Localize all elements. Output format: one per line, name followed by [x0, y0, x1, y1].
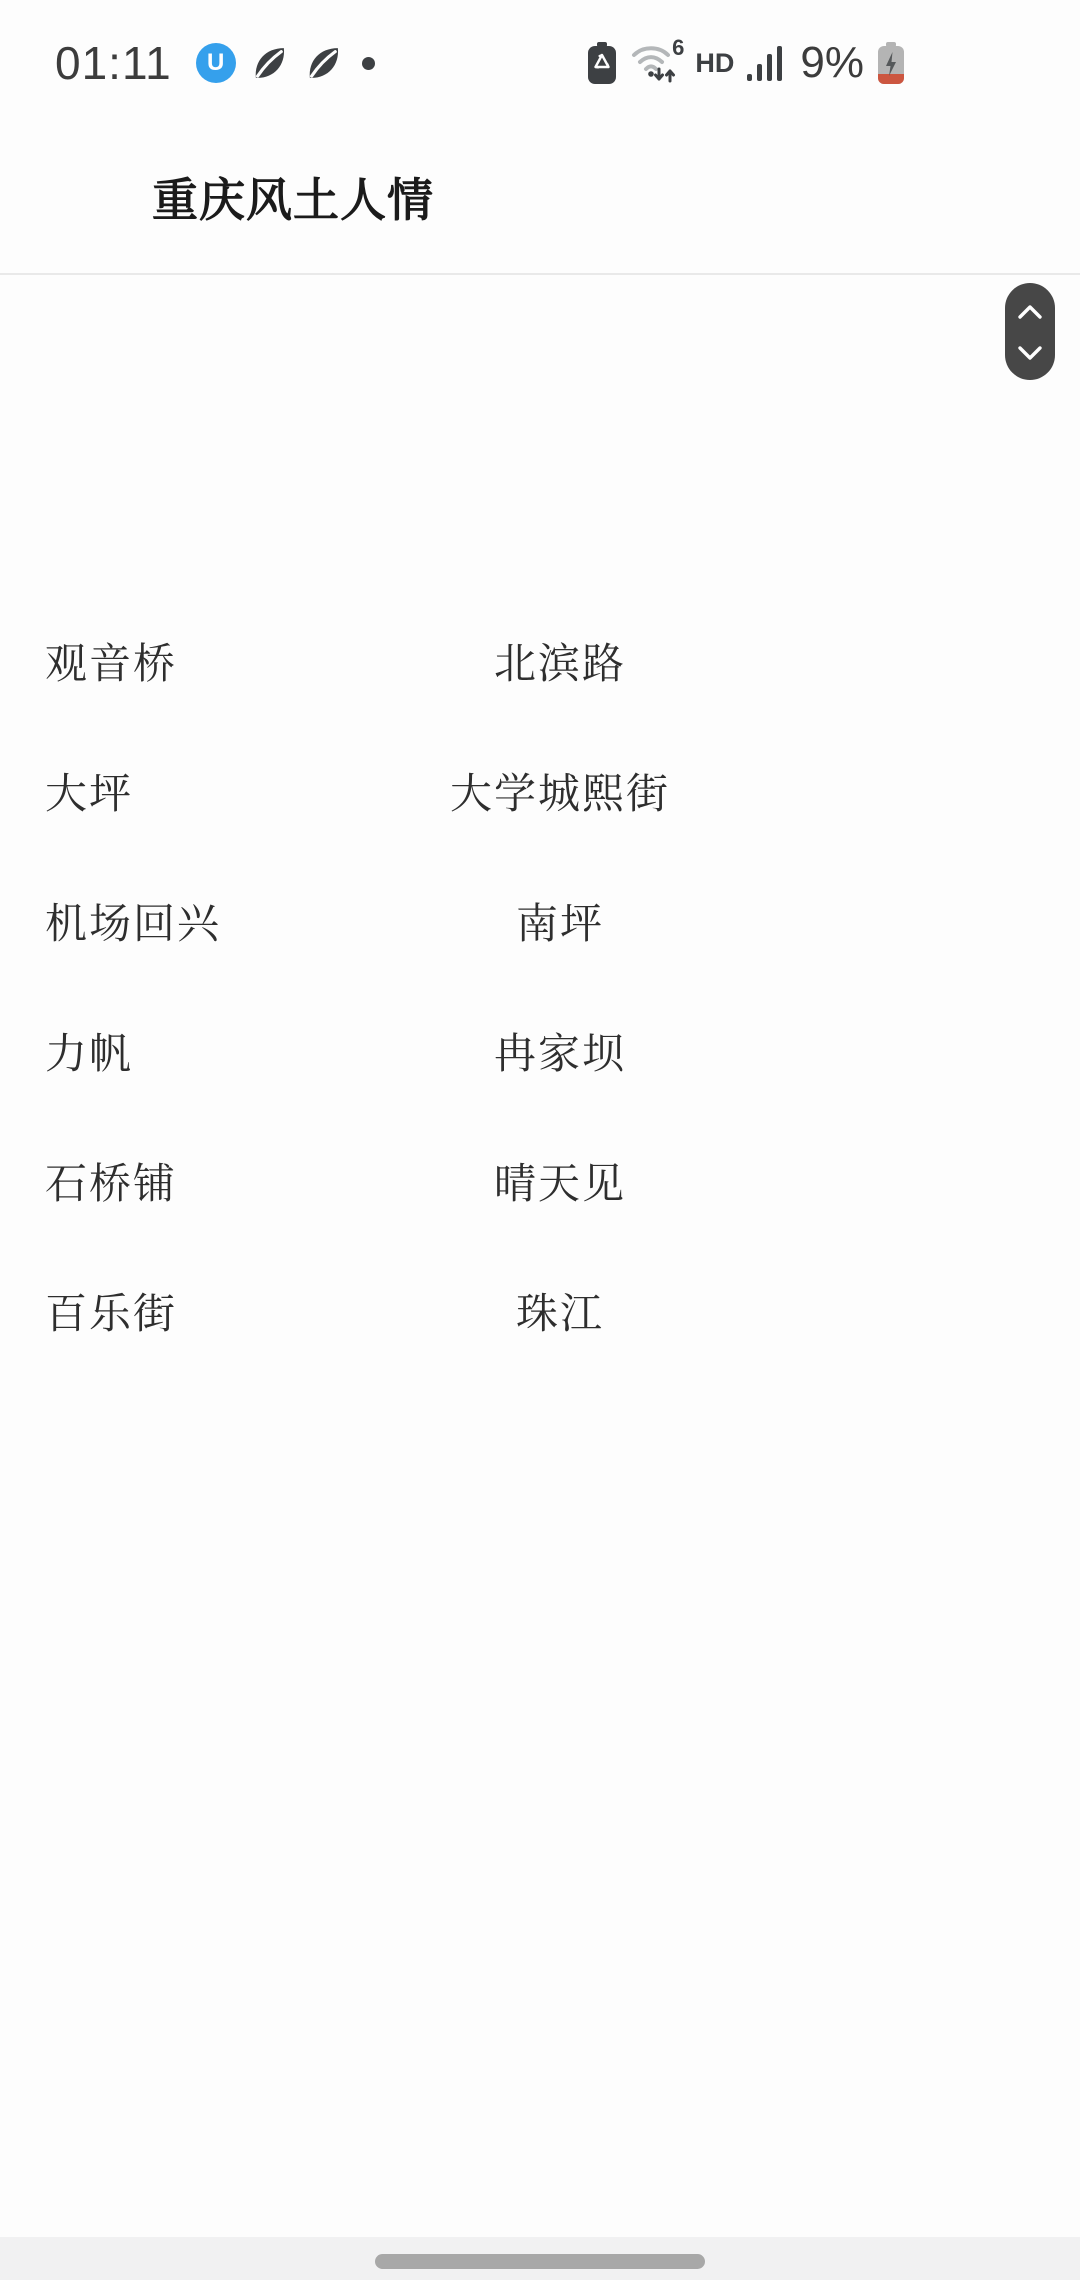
status-bar: 01:11 U [0, 0, 1080, 112]
page-title: 重庆风土人情 [152, 163, 434, 229]
note-line: 观音桥 北滨路 [0, 596, 1080, 726]
wifi6-icon: 6 [630, 41, 682, 85]
scroll-down-button[interactable] [1012, 341, 1048, 365]
place-name: 石桥铺 [45, 1151, 177, 1211]
signal-strength-icon [747, 42, 787, 84]
wifi-generation-label: 6 [672, 35, 684, 61]
place-name: 北滨路 [330, 631, 790, 691]
leaf-notification-icon [302, 42, 344, 84]
scroll-up-button[interactable] [1012, 300, 1048, 324]
note-line: 大坪 大学城熙街 [0, 726, 1080, 856]
note-line: 百乐街 珠江 [0, 1246, 1080, 1376]
bottom-navigation-bar [0, 2237, 1080, 2280]
clock: 01:11 [55, 36, 172, 90]
u-app-notification-icon: U [196, 43, 236, 83]
place-name: 晴天见 [330, 1151, 790, 1211]
status-indicators: 6 HD 9% [587, 0, 905, 112]
note-line: 机场回兴 南坪 [0, 856, 1080, 986]
note-text: 观音桥 北滨路 大坪 大学城熙街 机场回兴 南坪 力帆 冉家坝 石桥铺 晴天见 … [0, 596, 1080, 1376]
more-notifications-dot-icon [362, 57, 375, 70]
place-name: 冉家坝 [330, 1021, 790, 1081]
note-view-area[interactable]: 观音桥 北滨路 大坪 大学城熙街 机场回兴 南坪 力帆 冉家坝 石桥铺 晴天见 … [0, 275, 1080, 2237]
battery-saver-icon [587, 42, 617, 84]
place-name: 珠江 [330, 1281, 790, 1341]
battery-percent-label: 9% [800, 38, 864, 88]
place-name: 大学城熙街 [330, 761, 790, 821]
app-header: 重庆风土人情 [0, 112, 1080, 273]
place-name: 大坪 [45, 761, 133, 821]
gesture-handle[interactable] [375, 2254, 705, 2269]
hd-badge: HD [695, 48, 734, 79]
note-line: 力帆 冉家坝 [0, 986, 1080, 1116]
notification-icons: U [196, 42, 375, 84]
scroll-control [1005, 283, 1055, 380]
place-name: 观音桥 [45, 631, 177, 691]
note-line: 石桥铺 晴天见 [0, 1116, 1080, 1246]
place-name: 百乐街 [45, 1281, 177, 1341]
place-name: 机场回兴 [45, 891, 221, 951]
battery-charging-icon [877, 42, 905, 84]
place-name: 南坪 [330, 891, 790, 951]
u-badge-letter: U [207, 49, 224, 77]
leaf-notification-icon [248, 42, 290, 84]
place-name: 力帆 [45, 1021, 133, 1081]
